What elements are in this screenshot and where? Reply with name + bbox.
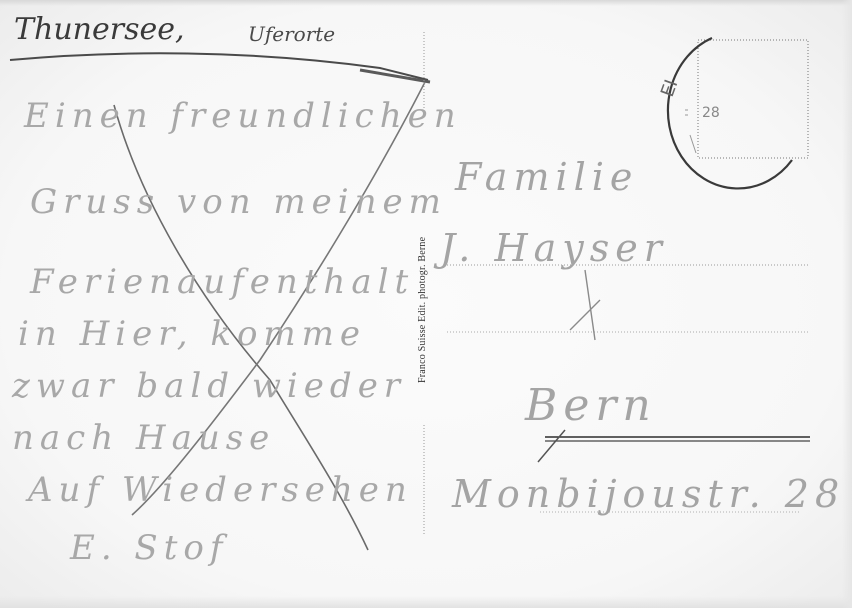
address-street: Monbijoustr. 28 [452,472,845,516]
postmark-date: 28 [702,105,720,121]
publisher-imprint: Franco Suisse Edit. photogr. Berne [417,237,428,383]
stamp-box [698,40,808,158]
address-recipient-line-2: J. Hayser [440,226,668,270]
message-line-1: Einen freundlichen [24,96,462,136]
postmark-arc [668,38,792,188]
postmark-mark [685,110,696,153]
postmark-letters: EI [657,77,682,100]
address-recipient-line-1: Familie [455,155,638,199]
postcard-back: EI 28 Thunersee, Uferorte Einen freundli… [0,0,852,608]
message-signature: E. Stof [70,528,228,568]
message-line-6: nach Hause [12,418,275,458]
message-line-5: zwar bald wieder [12,366,406,406]
message-line-3: Ferienaufenthalt [30,262,414,302]
heading-title: Thunersee, [14,12,185,47]
bern-descender [538,430,565,462]
heading-underline [10,53,428,80]
message-line-7: Auf Wiedersehen [28,470,413,510]
message-line-4: in Hier, komme [18,314,366,354]
address-city: Bern [525,380,657,431]
heading-subtitle: Uferorte [248,22,335,46]
message-line-2: Gruss von meinem [30,182,447,222]
